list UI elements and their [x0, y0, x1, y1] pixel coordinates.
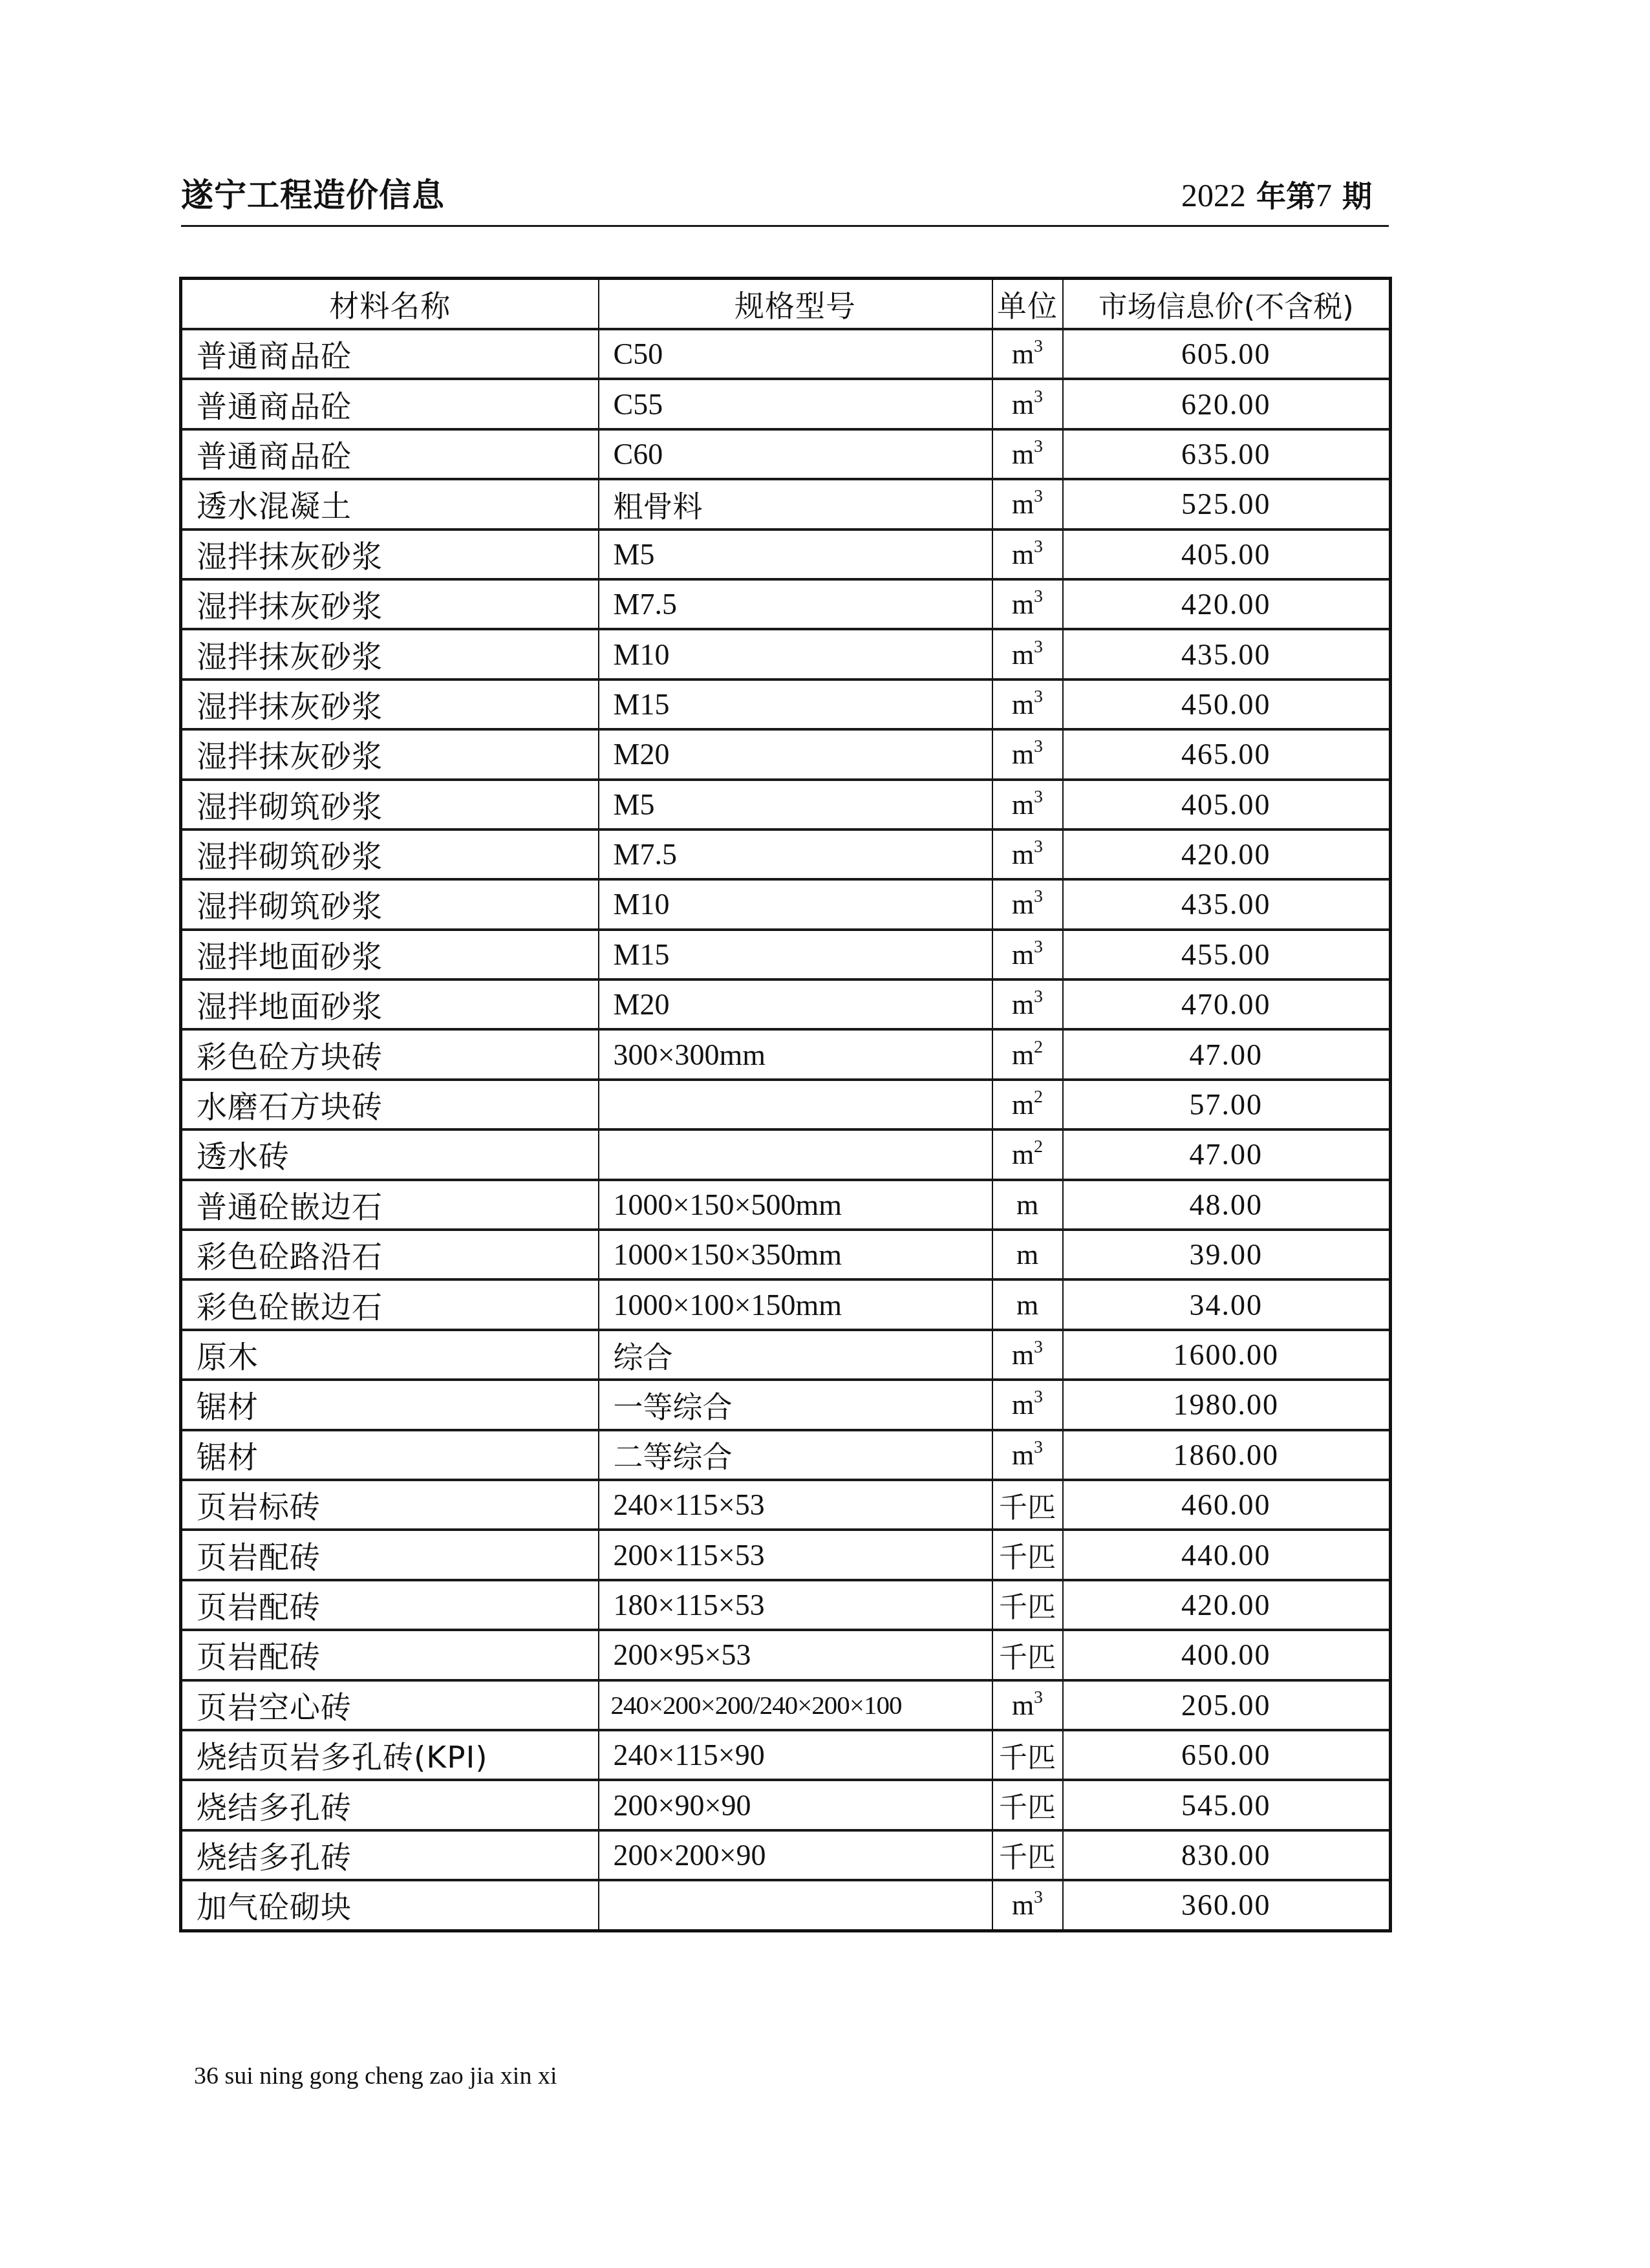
- issue-suffix: 期: [1342, 178, 1372, 213]
- table-row: 彩色砼嵌边石1000×100×150mmm34.00: [181, 1279, 1391, 1329]
- material-name-cell: 普通商品砼: [181, 329, 599, 379]
- unit-cell: m3: [992, 629, 1063, 679]
- specification-cell: [599, 1880, 992, 1931]
- table-row: 锯材一等综合m31980.00: [181, 1380, 1391, 1429]
- unit-base: m: [1012, 338, 1034, 370]
- table-row: 页岩配砖200×115×53千匹440.00: [181, 1530, 1391, 1579]
- unit-cell: 千匹: [992, 1530, 1063, 1579]
- unit-cell: m3: [992, 780, 1063, 829]
- unit-base: m: [1012, 1339, 1034, 1371]
- unit-base: m: [1012, 488, 1034, 520]
- unit-base: m: [1012, 1889, 1034, 1921]
- table-row: 锯材二等综合m31860.00: [181, 1430, 1391, 1480]
- unit-exponent: 3: [1034, 637, 1043, 657]
- material-name-cell: 水磨石方块砖: [181, 1080, 599, 1129]
- table-row: 透水砖m247.00: [181, 1129, 1391, 1179]
- market-price-cell: 205.00: [1063, 1680, 1391, 1730]
- unit-base: 千匹: [999, 1792, 1056, 1824]
- unit-cell: m: [992, 1230, 1063, 1279]
- table-row: 页岩空心砖240×200×200/240×200×100m3205.00: [181, 1680, 1391, 1730]
- material-name-cell: 烧结多孔砖: [181, 1780, 599, 1830]
- material-name-cell: 锯材: [181, 1380, 599, 1429]
- material-name-cell: 原木: [181, 1330, 599, 1380]
- table-row: 彩色砼方块砖300×300mmm247.00: [181, 1029, 1391, 1079]
- specification-cell: M15: [599, 930, 992, 979]
- unit-base: m: [1012, 1089, 1034, 1120]
- market-price-cell: 460.00: [1063, 1480, 1391, 1530]
- market-price-cell: 450.00: [1063, 679, 1391, 729]
- unit-cell: m: [992, 1279, 1063, 1329]
- unit-cell: m3: [992, 1330, 1063, 1380]
- unit-cell: m3: [992, 530, 1063, 579]
- unit-cell: m3: [992, 979, 1063, 1029]
- table-row: 普通商品砼C50m3605.00: [181, 329, 1391, 379]
- unit-cell: 千匹: [992, 1780, 1063, 1830]
- unit-cell: m2: [992, 1080, 1063, 1129]
- unit-base: m: [1012, 789, 1034, 820]
- table-row: 普通商品砼C55m3620.00: [181, 379, 1391, 429]
- unit-exponent: 3: [1034, 1337, 1043, 1357]
- unit-base: m: [1012, 1039, 1034, 1071]
- unit-exponent: 3: [1034, 837, 1043, 857]
- market-price-cell: 420.00: [1063, 829, 1391, 879]
- unit-cell: m3: [992, 1880, 1063, 1931]
- material-name-cell: 烧结页岩多孔砖(KPI): [181, 1730, 599, 1780]
- market-price-cell: 440.00: [1063, 1530, 1391, 1579]
- market-price-cell: 420.00: [1063, 579, 1391, 629]
- column-header-unit: 单位: [992, 279, 1063, 330]
- unit-exponent: 3: [1034, 336, 1043, 356]
- table-row: 透水混凝土粗骨料m3525.00: [181, 479, 1391, 529]
- unit-base: m: [1012, 1689, 1034, 1721]
- table-row: 湿拌砌筑砂浆M7.5m3420.00: [181, 829, 1391, 879]
- unit-exponent: 3: [1034, 1387, 1043, 1407]
- specification-cell: C55: [599, 379, 992, 429]
- specification-cell: M15: [599, 679, 992, 729]
- market-price-cell: 39.00: [1063, 1230, 1391, 1279]
- material-name-cell: 普通砼嵌边石: [181, 1180, 599, 1230]
- market-price-cell: 34.00: [1063, 1279, 1391, 1329]
- unit-base: m: [1016, 1189, 1038, 1221]
- unit-base: m: [1012, 1389, 1034, 1420]
- issue-year-suffix: 年第: [1256, 178, 1316, 213]
- unit-cell: m3: [992, 879, 1063, 929]
- market-price-cell: 635.00: [1063, 429, 1391, 479]
- market-price-cell: 650.00: [1063, 1730, 1391, 1780]
- table-row: 湿拌砌筑砂浆M5m3405.00: [181, 780, 1391, 829]
- table-row: 彩色砼路沿石1000×150×350mmm39.00: [181, 1230, 1391, 1279]
- unit-cell: 千匹: [992, 1830, 1063, 1880]
- unit-cell: m3: [992, 829, 1063, 879]
- market-price-cell: 405.00: [1063, 780, 1391, 829]
- unit-base: m: [1012, 539, 1034, 570]
- unit-cell: m3: [992, 1430, 1063, 1480]
- unit-exponent: 3: [1034, 1887, 1043, 1907]
- market-price-cell: 620.00: [1063, 379, 1391, 429]
- unit-exponent: 3: [1034, 787, 1043, 807]
- unit-cell: 千匹: [992, 1630, 1063, 1680]
- market-price-cell: 360.00: [1063, 1880, 1391, 1931]
- material-name-cell: 湿拌砌筑砂浆: [181, 780, 599, 829]
- material-name-cell: 页岩配砖: [181, 1630, 599, 1680]
- specification-cell: C50: [599, 329, 992, 379]
- material-name-cell: 湿拌抹灰砂浆: [181, 530, 599, 579]
- specification-cell: C60: [599, 429, 992, 479]
- issue-number: 7: [1316, 177, 1332, 213]
- market-price-cell: 47.00: [1063, 1029, 1391, 1079]
- specification-cell: M20: [599, 729, 992, 779]
- market-price-cell: 48.00: [1063, 1180, 1391, 1230]
- table-row: 页岩配砖200×95×53千匹400.00: [181, 1630, 1391, 1680]
- unit-base: m: [1012, 989, 1034, 1020]
- unit-exponent: 3: [1034, 486, 1043, 506]
- specification-cell: [599, 1080, 992, 1129]
- unit-base: 千匹: [999, 1591, 1056, 1624]
- specification-cell: 粗骨料: [599, 479, 992, 529]
- table-row: 普通商品砼C60m3635.00: [181, 429, 1391, 479]
- page-header: 遂宁工程造价信息 2022 年第7 期: [181, 169, 1389, 227]
- market-price-cell: 545.00: [1063, 1780, 1391, 1830]
- market-price-cell: 1860.00: [1063, 1430, 1391, 1480]
- unit-base: m: [1016, 1289, 1038, 1321]
- market-price-cell: 405.00: [1063, 530, 1391, 579]
- unit-cell: m3: [992, 1680, 1063, 1730]
- specification-cell: M5: [599, 530, 992, 579]
- unit-exponent: 3: [1034, 387, 1043, 407]
- unit-exponent: 3: [1034, 736, 1043, 756]
- unit-exponent: 3: [1034, 687, 1043, 707]
- table-row: 烧结多孔砖200×90×90千匹545.00: [181, 1780, 1391, 1830]
- material-name-cell: 页岩空心砖: [181, 1680, 599, 1730]
- table-row: 湿拌抹灰砂浆M5m3405.00: [181, 530, 1391, 579]
- table-row: 水磨石方块砖m257.00: [181, 1080, 1391, 1129]
- table-row: 加气砼砌块m3360.00: [181, 1880, 1391, 1931]
- market-price-cell: 465.00: [1063, 729, 1391, 779]
- unit-base: 千匹: [999, 1841, 1056, 1874]
- unit-exponent: 3: [1034, 1437, 1043, 1457]
- unit-base: m: [1012, 689, 1034, 720]
- unit-base: m: [1012, 939, 1034, 970]
- unit-cell: 千匹: [992, 1730, 1063, 1780]
- specification-cell: 200×115×53: [599, 1530, 992, 1579]
- market-price-cell: 47.00: [1063, 1129, 1391, 1179]
- unit-cell: m2: [992, 1029, 1063, 1079]
- table-row: 湿拌地面砂浆M15m3455.00: [181, 930, 1391, 979]
- unit-cell: m3: [992, 679, 1063, 729]
- specification-cell: M7.5: [599, 579, 992, 629]
- specification-cell: 300×300mm: [599, 1029, 992, 1079]
- material-name-cell: 彩色砼方块砖: [181, 1029, 599, 1079]
- material-name-cell: 页岩配砖: [181, 1530, 599, 1579]
- material-name-cell: 页岩标砖: [181, 1480, 599, 1530]
- specification-cell: 180×115×53: [599, 1580, 992, 1630]
- unit-exponent: 2: [1034, 1137, 1043, 1157]
- column-header-name: 材料名称: [181, 279, 599, 330]
- table-row: 普通砼嵌边石1000×150×500mmm48.00: [181, 1180, 1391, 1230]
- material-name-cell: 湿拌砌筑砂浆: [181, 829, 599, 879]
- material-name-cell: 锯材: [181, 1430, 599, 1480]
- unit-base: 千匹: [999, 1642, 1056, 1674]
- unit-cell: 千匹: [992, 1580, 1063, 1630]
- material-name-cell: 彩色砼路沿石: [181, 1230, 599, 1279]
- specification-cell: 200×90×90: [599, 1780, 992, 1830]
- page-number: 36: [194, 2062, 219, 2090]
- page-footer: 36 sui ning gong cheng zao jia xin xi: [194, 2060, 557, 2092]
- material-name-cell: 湿拌抹灰砂浆: [181, 629, 599, 679]
- market-price-cell: 57.00: [1063, 1080, 1391, 1129]
- unit-exponent: 3: [1034, 886, 1043, 906]
- specification-cell: M10: [599, 879, 992, 929]
- table-row: 湿拌抹灰砂浆M15m3450.00: [181, 679, 1391, 729]
- market-price-cell: 525.00: [1063, 479, 1391, 529]
- material-name-cell: 透水砖: [181, 1129, 599, 1179]
- table-row: 烧结多孔砖200×200×90千匹830.00: [181, 1830, 1391, 1880]
- market-price-cell: 400.00: [1063, 1630, 1391, 1680]
- unit-cell: m3: [992, 579, 1063, 629]
- unit-base: m: [1012, 839, 1034, 870]
- unit-cell: m3: [992, 729, 1063, 779]
- unit-cell: m3: [992, 379, 1063, 429]
- unit-exponent: 3: [1034, 1687, 1043, 1707]
- specification-cell: M20: [599, 979, 992, 1029]
- unit-cell: m3: [992, 1380, 1063, 1429]
- unit-base: 千匹: [999, 1742, 1056, 1775]
- specification-cell: M10: [599, 629, 992, 679]
- specification-cell: 200×200×90: [599, 1830, 992, 1880]
- unit-base: m: [1012, 738, 1034, 770]
- unit-base: m: [1012, 639, 1034, 670]
- unit-base: m: [1012, 438, 1034, 470]
- market-price-cell: 435.00: [1063, 629, 1391, 679]
- table-row: 页岩配砖180×115×53千匹420.00: [181, 1580, 1391, 1630]
- specification-cell: 240×115×53: [599, 1480, 992, 1530]
- material-name-cell: 普通商品砼: [181, 379, 599, 429]
- unit-base: m: [1012, 588, 1034, 620]
- unit-exponent: 3: [1034, 937, 1043, 957]
- material-name-cell: 彩色砼嵌边石: [181, 1279, 599, 1329]
- market-price-cell: 605.00: [1063, 329, 1391, 379]
- material-name-cell: 湿拌抹灰砂浆: [181, 579, 599, 629]
- running-footer-text: sui ning gong cheng zao jia xin xi: [225, 2062, 557, 2090]
- unit-base: m: [1012, 1439, 1034, 1471]
- material-name-cell: 透水混凝土: [181, 479, 599, 529]
- specification-cell: 240×200×200/240×200×100: [599, 1680, 992, 1730]
- table-row: 湿拌砌筑砂浆M10m3435.00: [181, 879, 1391, 929]
- market-price-cell: 455.00: [1063, 930, 1391, 979]
- table-row: 湿拌抹灰砂浆M20m3465.00: [181, 729, 1391, 779]
- market-price-cell: 420.00: [1063, 1580, 1391, 1630]
- specification-cell: 240×115×90: [599, 1730, 992, 1780]
- table-row: 湿拌地面砂浆M20m3470.00: [181, 979, 1391, 1029]
- material-name-cell: 湿拌抹灰砂浆: [181, 729, 599, 779]
- unit-cell: m3: [992, 479, 1063, 529]
- unit-exponent: 2: [1034, 1087, 1043, 1107]
- unit-exponent: 3: [1034, 987, 1043, 1007]
- specification-cell: 综合: [599, 1330, 992, 1380]
- table-body: 普通商品砼C50m3605.00普通商品砼C55m3620.00普通商品砼C60…: [181, 329, 1391, 1931]
- unit-base: m: [1012, 1139, 1034, 1170]
- table-row: 页岩标砖240×115×53千匹460.00: [181, 1480, 1391, 1530]
- unit-base: 千匹: [999, 1492, 1056, 1524]
- table-row: 湿拌抹灰砂浆M10m3435.00: [181, 629, 1391, 679]
- material-name-cell: 烧结多孔砖: [181, 1830, 599, 1880]
- unit-cell: m: [992, 1180, 1063, 1230]
- specification-cell: M5: [599, 780, 992, 829]
- material-name-cell: 加气砼砌块: [181, 1880, 599, 1931]
- specification-cell: 1000×150×350mm: [599, 1230, 992, 1279]
- unit-cell: m3: [992, 429, 1063, 479]
- market-price-cell: 435.00: [1063, 879, 1391, 929]
- specification-cell: [599, 1129, 992, 1179]
- market-price-cell: 830.00: [1063, 1830, 1391, 1880]
- material-name-cell: 页岩配砖: [181, 1580, 599, 1630]
- issue-label: 2022 年第7 期: [1181, 176, 1372, 215]
- unit-base: m: [1012, 389, 1034, 420]
- specification-cell: 一等综合: [599, 1380, 992, 1429]
- unit-base: 千匹: [999, 1541, 1056, 1574]
- material-price-table: 材料名称 规格型号 单位 市场信息价(不含税) 普通商品砼C50m3605.00…: [179, 277, 1392, 1932]
- material-name-cell: 湿拌地面砂浆: [181, 979, 599, 1029]
- specification-cell: 二等综合: [599, 1430, 992, 1480]
- material-name-cell: 湿拌抹灰砂浆: [181, 679, 599, 729]
- material-name-cell: 湿拌砌筑砂浆: [181, 879, 599, 929]
- material-name-cell: 普通商品砼: [181, 429, 599, 479]
- unit-exponent: 3: [1034, 586, 1043, 606]
- unit-cell: m3: [992, 329, 1063, 379]
- unit-cell: 千匹: [992, 1480, 1063, 1530]
- unit-exponent: 2: [1034, 1037, 1043, 1057]
- unit-base: m: [1016, 1239, 1038, 1270]
- unit-exponent: 3: [1034, 537, 1043, 557]
- unit-base: m: [1012, 888, 1034, 920]
- issue-year: 2022: [1181, 177, 1246, 213]
- specification-cell: 1000×100×150mm: [599, 1279, 992, 1329]
- unit-exponent: 3: [1034, 436, 1043, 456]
- table-row: 烧结页岩多孔砖(KPI)240×115×90千匹650.00: [181, 1730, 1391, 1780]
- table-row: 湿拌抹灰砂浆M7.5m3420.00: [181, 579, 1391, 629]
- specification-cell: M7.5: [599, 829, 992, 879]
- market-price-cell: 1600.00: [1063, 1330, 1391, 1380]
- column-header-spec: 规格型号: [599, 279, 992, 330]
- market-price-cell: 470.00: [1063, 979, 1391, 1029]
- table-header-row: 材料名称 规格型号 单位 市场信息价(不含税): [181, 279, 1391, 330]
- column-header-price: 市场信息价(不含税): [1063, 279, 1391, 330]
- unit-cell: m2: [992, 1129, 1063, 1179]
- table-row: 原木综合m31600.00: [181, 1330, 1391, 1380]
- specification-cell: 200×95×53: [599, 1630, 992, 1680]
- publication-title: 遂宁工程造价信息: [181, 176, 445, 215]
- market-price-cell: 1980.00: [1063, 1380, 1391, 1429]
- material-name-cell: 湿拌地面砂浆: [181, 930, 599, 979]
- specification-cell: 1000×150×500mm: [599, 1180, 992, 1230]
- unit-cell: m3: [992, 930, 1063, 979]
